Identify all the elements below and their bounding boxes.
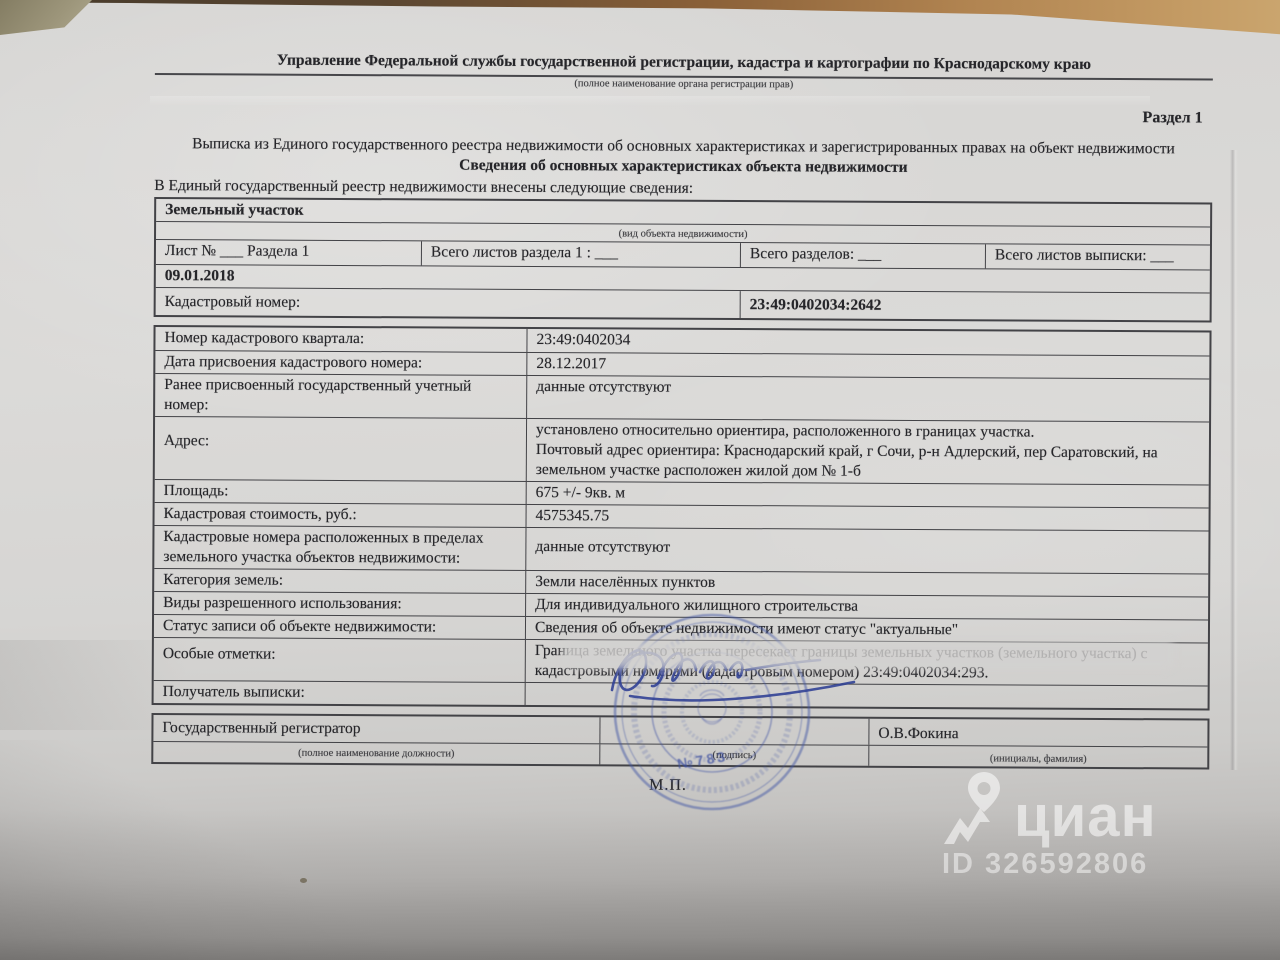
cian-watermark: циан ID 326592806 xyxy=(942,772,1202,881)
table-row: Ранее присвоенный государственный учетны… xyxy=(155,373,1209,422)
address-row: Адрес: установлено относительно ориентир… xyxy=(155,416,1209,485)
sheet-number-cell: Лист № ___ Раздела 1 xyxy=(156,240,421,265)
cadastral-number-row: Кадастровый номер: 23:49:0402034:2642 xyxy=(156,287,1210,321)
row-value: установлено относительно ориентира, расп… xyxy=(526,419,1209,485)
recipient-redaction-blur xyxy=(562,641,1174,669)
cian-watermark-id: ID 326592806 xyxy=(942,848,1202,881)
row-value: данные отсутствуют xyxy=(525,528,1208,574)
cadastral-number-value: 23:49:0402034:2642 xyxy=(740,291,1210,320)
registrar-title: Государственный регистратор xyxy=(153,715,599,743)
row-value: данные отсутствуют xyxy=(526,376,1209,422)
row-value: Земли населённых пунктов xyxy=(525,571,1208,597)
extract-sheets-total-cell: Всего листов выписки: ___ xyxy=(985,244,1210,269)
registrar-name: О.В.Фокина xyxy=(868,719,1207,747)
row-label: Дата присвоения кадастрового номера: xyxy=(155,351,526,375)
row-label: Адрес: xyxy=(155,417,526,481)
registrar-name-caption: (инициалы, фамилия) xyxy=(868,746,1207,768)
row-value: 23:49:0402034 xyxy=(526,329,1209,356)
stamp-number-text: №783 xyxy=(676,748,729,772)
row-label: Номер кадастрового квартала: xyxy=(155,327,526,352)
section-label: Раздел 1 xyxy=(155,103,1213,129)
sections-total-cell: Всего разделов: ___ xyxy=(740,243,985,268)
row-label: Статус записи об объекте недвижимости: xyxy=(154,615,525,639)
cian-logo-icon xyxy=(942,772,1004,846)
registrar-signature xyxy=(596,626,896,718)
object-info-table: Земельный участок (вид объекта недвижимо… xyxy=(154,197,1213,323)
registrar-title-caption: (полное наименование должности) xyxy=(153,742,599,764)
row-label: Категория земель: xyxy=(154,569,525,593)
row-label: Кадастровые номера расположенных в преде… xyxy=(154,526,525,570)
cian-brand-text: циан xyxy=(1014,788,1157,846)
row-label: Особые отметки: xyxy=(154,638,525,682)
row-value: 675 +/- 9кв. м xyxy=(526,482,1209,508)
section-sheets-total-cell: Всего листов раздела 1 : ___ xyxy=(421,241,740,267)
row-label: Кадастровая стоимость, руб.: xyxy=(155,503,526,527)
row-label: Получатель выписки: xyxy=(154,681,525,705)
table-row: Кадастровые номера расположенных в преде… xyxy=(154,525,1208,574)
row-label: Виды разрешенного использования: xyxy=(154,592,525,616)
row-value: 28.12.2017 xyxy=(526,353,1209,379)
row-label: Ранее присвоенный государственный учетны… xyxy=(155,374,526,418)
row-label: Площадь: xyxy=(155,480,526,504)
cadastral-number-label: Кадастровый номер: xyxy=(156,288,740,318)
row-value: 4575345.75 xyxy=(526,505,1209,531)
